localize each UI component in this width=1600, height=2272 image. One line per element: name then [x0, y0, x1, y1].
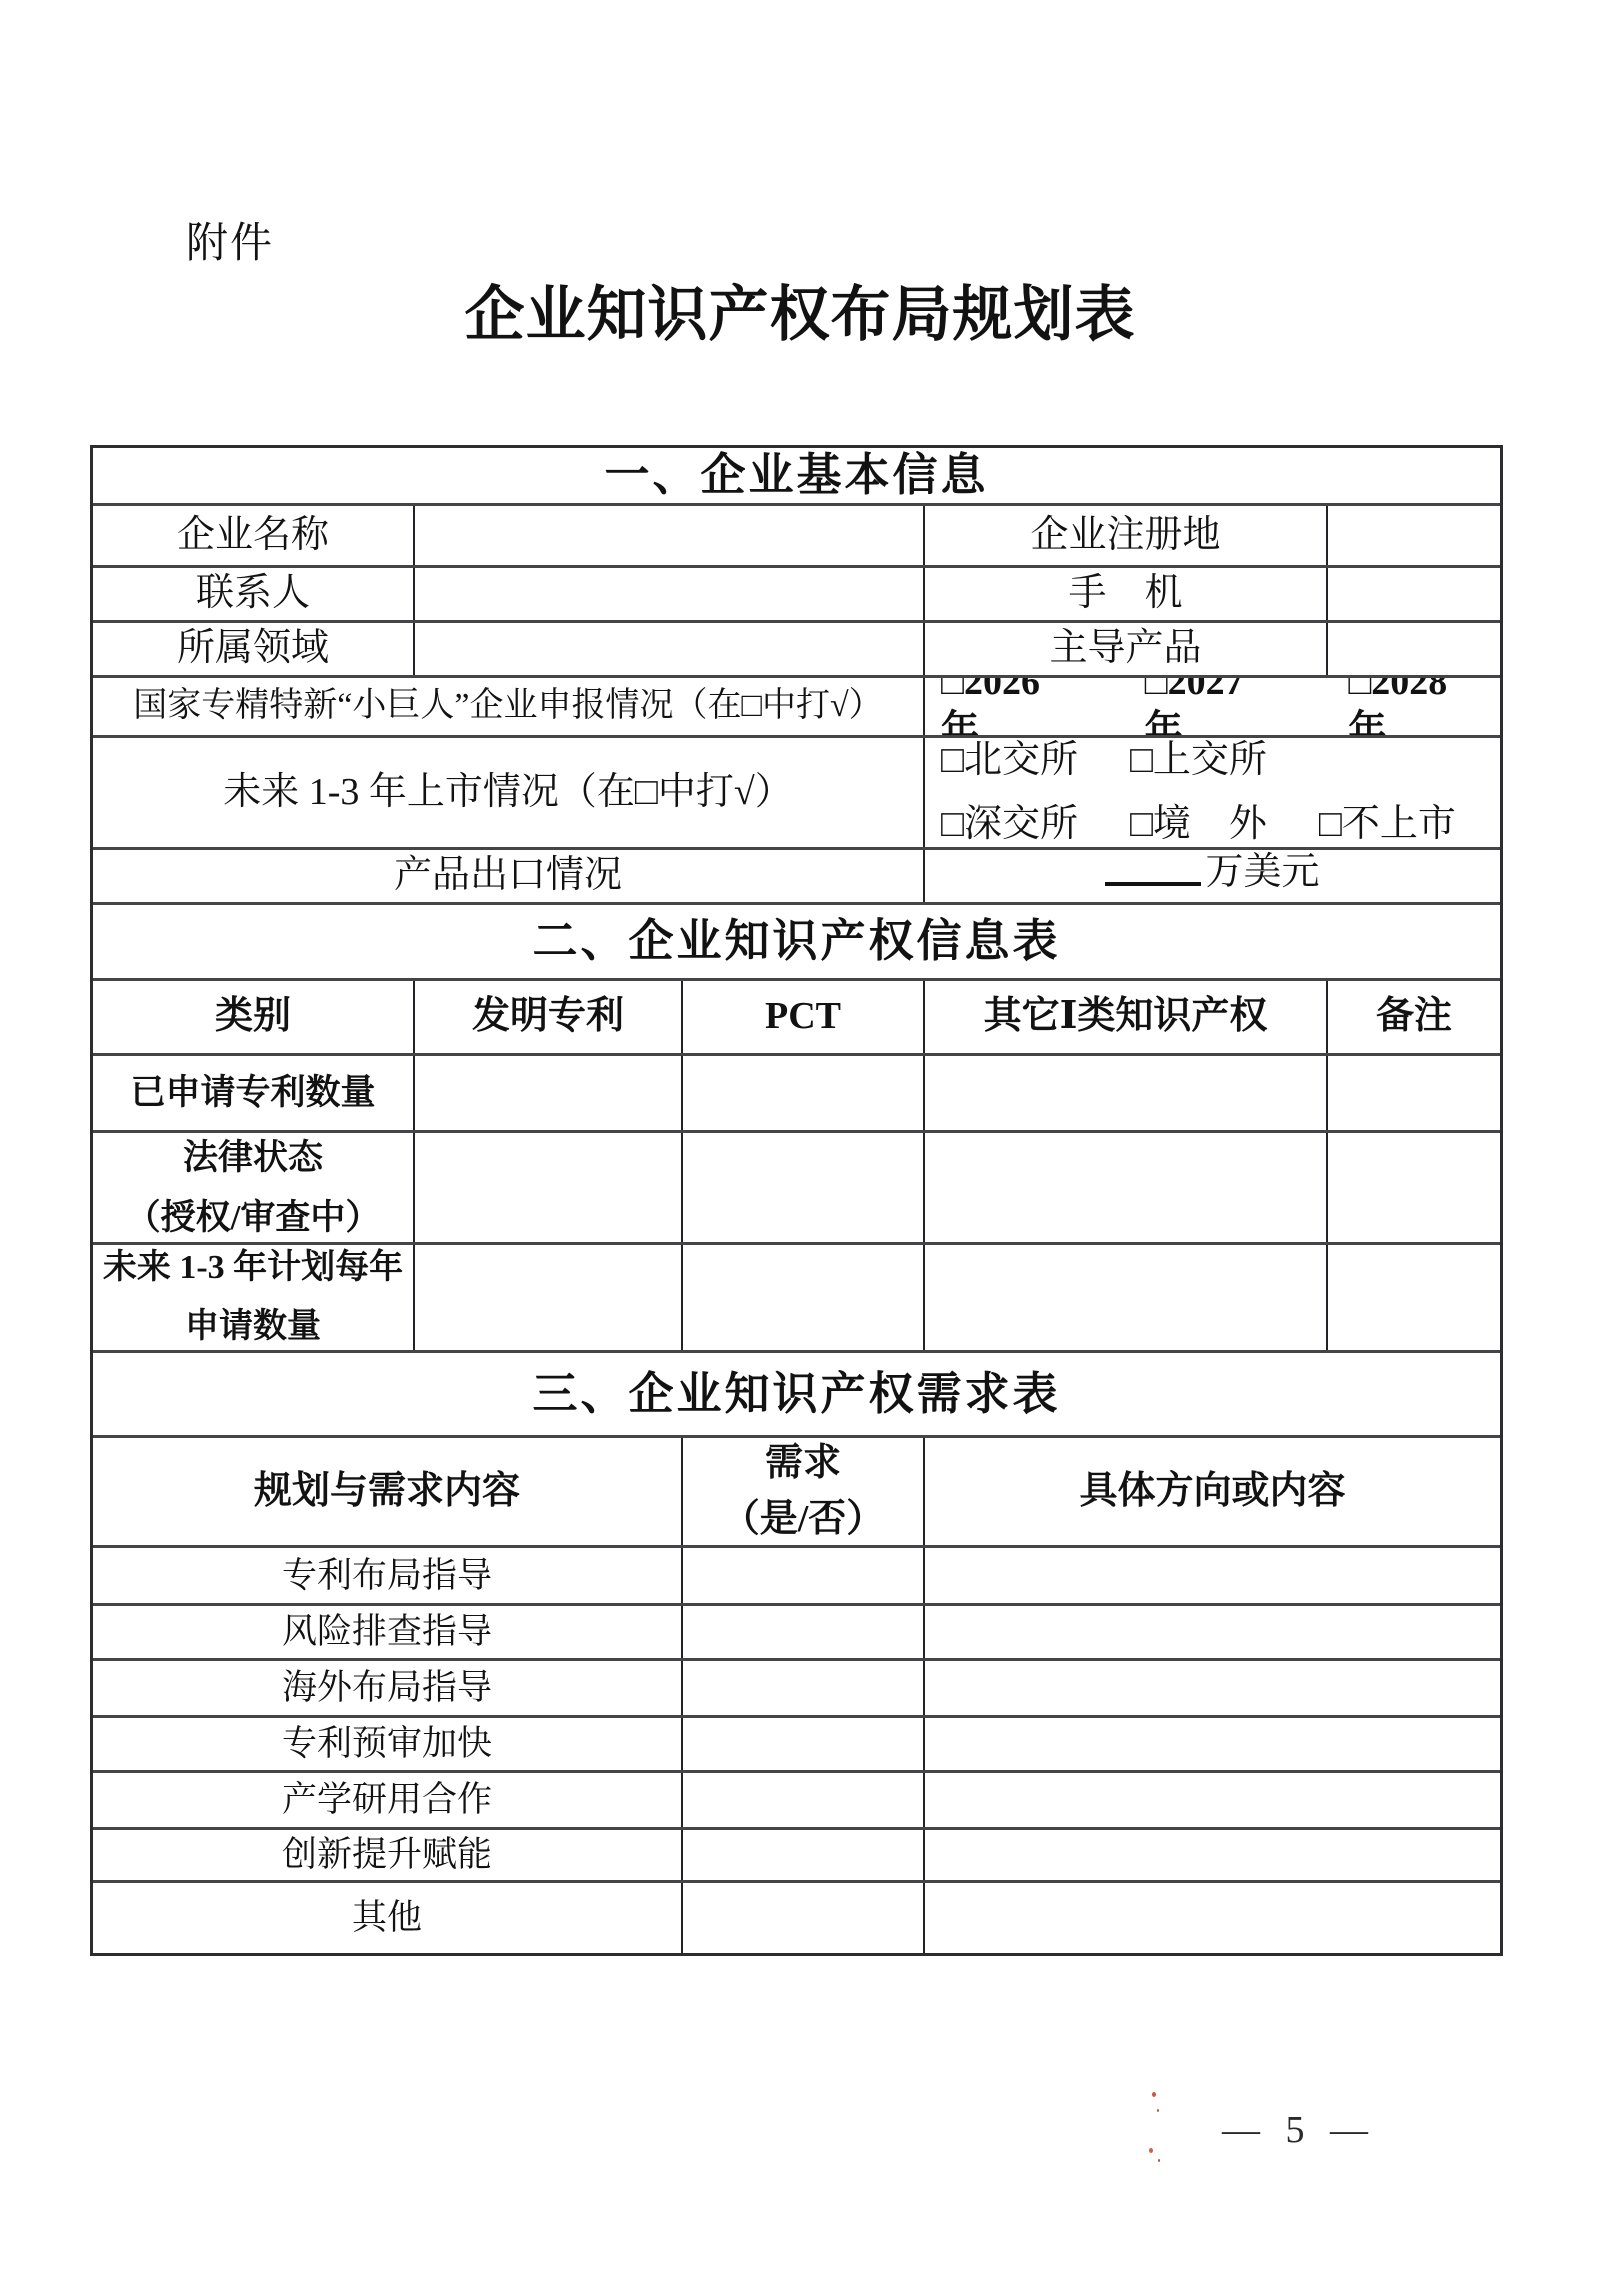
overseas-layout-guidance-label: 海外布局指导: [93, 1661, 683, 1715]
main-product-value-cell: [1328, 623, 1500, 675]
row-contact-person: 联系人 手 机: [93, 568, 1500, 623]
mobile-label: 手 机: [925, 568, 1328, 620]
legal-status-line2: （授权/审查中）: [126, 1196, 381, 1240]
row-future-annual-plan: 未来 1-3 年计划每年 申请数量: [93, 1245, 1500, 1353]
section2-title: 二、企业知识产权信息表: [93, 905, 1500, 978]
row-innovation-empowerment: 创新提升赋能: [93, 1830, 1500, 1883]
mobile-value-cell: [1328, 568, 1500, 620]
applied-invention-cell: [415, 1056, 683, 1130]
checkbox-option-overseas: □境 外: [1130, 801, 1267, 848]
future-invention-cell: [415, 1245, 683, 1350]
section3-title: 三、企业知识产权需求表: [93, 1353, 1500, 1435]
patent-pre-exam-label: 专利预审加快: [93, 1718, 683, 1770]
main-product-label: 主导产品: [925, 623, 1328, 675]
risk-screening-need-cell: [683, 1606, 925, 1658]
need-header-line1: 需求: [765, 1440, 841, 1488]
ipo-plan-options: □北交所 □上交所 □深交所 □境 外 □不上市: [925, 738, 1500, 847]
future-plan-line1: 未来 1-3 年计划每年: [103, 1247, 403, 1290]
little-giant-label: 国家专精特新“小巨人”企业申报情况（在□中打√）: [93, 678, 925, 735]
innovation-empowerment-need-cell: [683, 1830, 925, 1880]
legal-remarks-cell: [1328, 1133, 1500, 1242]
row-company-name: 企业名称 企业注册地: [93, 506, 1500, 568]
scanned-document-page: 附件 企业知识产权布局规划表 一、企业基本信息 企业名称 企业注册地 联系人 手…: [0, 0, 1600, 2272]
row-patent-layout-guidance: 专利布局指导: [93, 1548, 1500, 1606]
legal-other-ip-cell: [925, 1133, 1328, 1242]
industry-field-label: 所属领域: [93, 623, 415, 675]
form-table: 一、企业基本信息 企业名称 企业注册地 联系人 手 机 所属领域 主导产品 国家…: [90, 445, 1503, 1956]
header-invention-patent: 发明专利: [415, 981, 683, 1053]
page-number: — 5 —: [1222, 2108, 1376, 2152]
header-specific-direction: 具体方向或内容: [925, 1438, 1500, 1545]
applied-other-ip-cell: [925, 1056, 1328, 1130]
header-planning-needs: 规划与需求内容: [93, 1438, 683, 1545]
legal-status-label: 法律状态 （授权/审查中）: [93, 1133, 415, 1242]
patent-layout-direction-cell: [925, 1548, 1500, 1603]
header-remarks: 备注: [1328, 981, 1500, 1053]
row-other: 其他: [93, 1883, 1500, 1953]
section2-header-row: 类别 发明专利 PCT 其它Ⅰ类知识产权 备注: [93, 981, 1500, 1056]
checkbox-option-2027: □2027 年: [1145, 678, 1291, 735]
future-pct-cell: [683, 1245, 925, 1350]
company-name-value-cell: [415, 506, 925, 565]
future-remarks-cell: [1328, 1245, 1500, 1350]
little-giant-year-options: □2026 年 □2027 年 □2028 年: [925, 678, 1500, 735]
applied-patent-count-label: 已申请专利数量: [93, 1056, 415, 1130]
legal-pct-cell: [683, 1133, 925, 1242]
product-export-value-cell: 万美元: [925, 850, 1500, 902]
checkbox-option-2026: □2026 年: [941, 678, 1087, 735]
patent-pre-exam-need-cell: [683, 1718, 925, 1770]
industry-academia-label: 产学研用合作: [93, 1773, 683, 1827]
product-export-label: 产品出口情况: [93, 850, 925, 902]
risk-screening-guidance-label: 风险排查指导: [93, 1606, 683, 1658]
attachment-label: 附件: [186, 222, 274, 264]
row-overseas-layout-guidance: 海外布局指导: [93, 1661, 1500, 1718]
header-category: 类别: [93, 981, 415, 1053]
red-ink-speckle-artifact: [1152, 2092, 1156, 2097]
registration-place-value-cell: [1328, 506, 1500, 565]
row-legal-status: 法律状态 （授权/审查中）: [93, 1133, 1500, 1245]
document-title: 企业知识产权布局规划表: [0, 282, 1600, 348]
header-pct: PCT: [683, 981, 925, 1053]
other-direction-cell: [925, 1883, 1500, 1953]
patent-layout-need-cell: [683, 1548, 925, 1603]
checkbox-option-bse: □北交所: [941, 738, 1078, 785]
checkbox-option-no-listing: □不上市: [1319, 801, 1456, 848]
ipo-plan-label: 未来 1-3 年上市情况（在□中打√）: [93, 738, 925, 847]
section2-title-row: 二、企业知识产权信息表: [93, 905, 1500, 981]
row-industry-field: 所属领域 主导产品: [93, 623, 1500, 678]
company-name-label: 企业名称: [93, 506, 415, 565]
legal-status-line1: 法律状态: [183, 1136, 323, 1180]
checkbox-option-2028: □2028 年: [1348, 678, 1494, 735]
overseas-layout-need-cell: [683, 1661, 925, 1715]
ipo-options-line1: □北交所 □上交所: [941, 738, 1267, 785]
checkbox-option-sse: □上交所: [1130, 738, 1267, 785]
patent-layout-guidance-label: 专利布局指导: [93, 1548, 683, 1603]
innovation-empowerment-direction-cell: [925, 1830, 1500, 1880]
contact-person-value-cell: [415, 568, 925, 620]
ipo-options-line2: □深交所 □境 外 □不上市: [941, 801, 1456, 848]
header-other-type1-ip: 其它Ⅰ类知识产权: [925, 981, 1328, 1053]
section3-header-row: 规划与需求内容 需求 （是/否） 具体方向或内容: [93, 1438, 1500, 1548]
need-header-line2: （是/否）: [722, 1496, 885, 1544]
fill-in-blank-line: [1105, 882, 1201, 886]
other-need-cell: [683, 1883, 925, 1953]
header-need-yes-no: 需求 （是/否）: [683, 1438, 925, 1545]
industry-academia-direction-cell: [925, 1773, 1500, 1827]
patent-pre-exam-direction-cell: [925, 1718, 1500, 1770]
row-risk-screening-guidance: 风险排查指导: [93, 1606, 1500, 1661]
row-ipo-plan: 未来 1-3 年上市情况（在□中打√） □北交所 □上交所 □深交所 □境 外 …: [93, 738, 1500, 850]
row-industry-academia-cooperation: 产学研用合作: [93, 1773, 1500, 1830]
section1-title: 一、企业基本信息: [93, 448, 1500, 503]
industry-field-value-cell: [415, 623, 925, 675]
export-unit-label: 万美元: [1205, 850, 1319, 896]
overseas-layout-direction-cell: [925, 1661, 1500, 1715]
section3-title-row: 三、企业知识产权需求表: [93, 1353, 1500, 1438]
row-little-giant-declaration: 国家专精特新“小巨人”企业申报情况（在□中打√） □2026 年 □2027 年…: [93, 678, 1500, 738]
applied-pct-cell: [683, 1056, 925, 1130]
innovation-empowerment-label: 创新提升赋能: [93, 1830, 683, 1880]
section1-title-row: 一、企业基本信息: [93, 448, 1500, 506]
row-applied-patent-count: 已申请专利数量: [93, 1056, 1500, 1133]
row-product-export: 产品出口情况 万美元: [93, 850, 1500, 905]
checkbox-option-szse: □深交所: [941, 801, 1078, 848]
other-label: 其他: [93, 1883, 683, 1953]
future-other-ip-cell: [925, 1245, 1328, 1350]
contact-person-label: 联系人: [93, 568, 415, 620]
industry-academia-need-cell: [683, 1773, 925, 1827]
future-annual-plan-label: 未来 1-3 年计划每年 申请数量: [93, 1245, 415, 1350]
applied-remarks-cell: [1328, 1056, 1500, 1130]
future-plan-line2: 申请数量: [185, 1306, 321, 1349]
row-patent-pre-exam-acceleration: 专利预审加快: [93, 1718, 1500, 1773]
registration-place-label: 企业注册地: [925, 506, 1328, 565]
risk-screening-direction-cell: [925, 1606, 1500, 1658]
legal-invention-cell: [415, 1133, 683, 1242]
